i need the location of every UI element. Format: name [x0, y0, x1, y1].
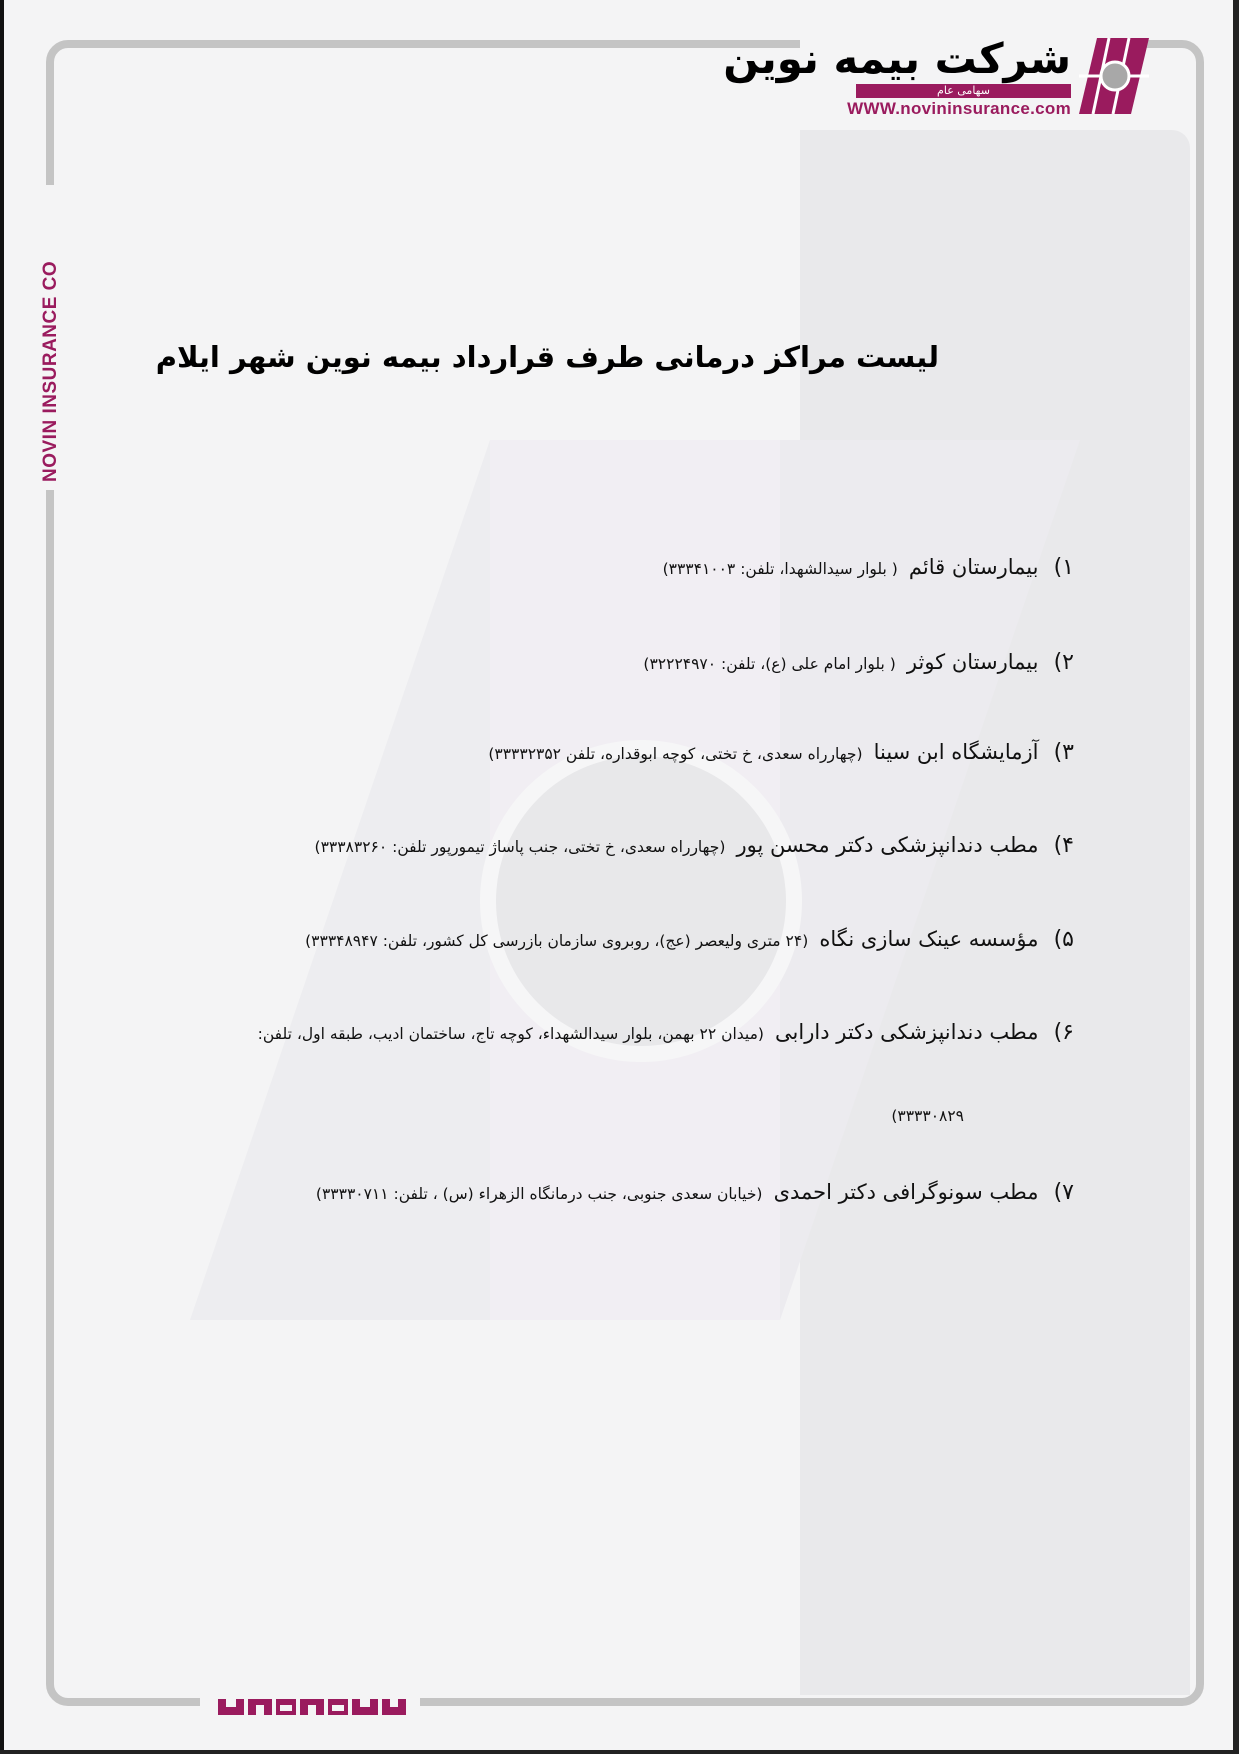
item-number: ۱): [1054, 555, 1074, 580]
scan-edge: [0, 0, 4, 1754]
center-details: ( بلوار امام علی (ع)، تلفن: ۳۲۲۲۴۹۷۰): [643, 655, 895, 673]
center-name: مطب دندانپزشکی دکتر محسن پور: [737, 833, 1039, 857]
center-details: (خیابان سعدی جنوبی، جنب درمانگاه الزهراء…: [316, 1185, 763, 1203]
center-details: (۲۴ متری ولیعصر (عج)، روبروی سازمان بازر…: [305, 932, 808, 950]
center-name: مؤسسه عینک سازی نگاه: [819, 927, 1038, 951]
scan-edge: [1233, 0, 1239, 1754]
company-name: شرکت بیمه نوین: [723, 36, 1071, 82]
side-label: NOVIN INSURANCE CO: [40, 253, 62, 490]
center-details: (چهارراه سعدی، خ تختی، جنب پاساژ تیمورپو…: [315, 838, 726, 856]
center-details: (میدان ۲۲ بهمن، بلوار سیدالشهداء، کوچه ت…: [258, 1025, 764, 1043]
page-frame: [46, 40, 1204, 1706]
center-name: مطب دندانپزشکی دکتر دارابی: [775, 1020, 1038, 1044]
company-website: WWW.novininsurance.com: [847, 99, 1071, 119]
document-title: لیست مراکز درمانی طرف قرارداد بیمه نوین …: [156, 340, 939, 374]
scan-edge: [0, 1750, 1239, 1754]
item-number: ۴): [1054, 833, 1074, 858]
item-number: ۳): [1054, 740, 1074, 765]
company-logo: شرکت بیمه نوین سهامی عام WWW.novininsura…: [723, 36, 1151, 119]
center-name: آزمایشگاه ابن سینا: [874, 740, 1039, 764]
center-details: (چهارراه سعدی، خ تختی، کوچه ابوقداره، تل…: [488, 745, 862, 763]
novin-wordmark-icon: [218, 1697, 408, 1715]
center-details: ( بلوار سیدالشهدا، تلفن: ۳۳۳۴۱۰۰۳): [663, 560, 898, 578]
item-number: ۵): [1054, 927, 1074, 952]
item-number: ۷): [1054, 1180, 1074, 1205]
list-item: ۶) مطب دندانپزشکی دکتر دارابی (میدان ۲۲ …: [258, 1020, 1074, 1045]
center-name: مطب سونوگرافی دکتر احمدی: [774, 1180, 1039, 1204]
center-name: بیمارستان کوثر: [907, 650, 1039, 674]
list-item: ۲) بیمارستان کوثر ( بلوار امام علی (ع)، …: [643, 650, 1074, 675]
list-item: ۵) مؤسسه عینک سازی نگاه (۲۴ متری ولیعصر …: [305, 927, 1074, 952]
novin-logo-mark-icon: [1079, 36, 1151, 116]
item-number: ۲): [1054, 650, 1074, 675]
list-item: ۷) مطب سونوگرافی دکتر احمدی (خیابان سعدی…: [316, 1180, 1074, 1205]
logo-text: شرکت بیمه نوین سهامی عام WWW.novininsura…: [723, 36, 1071, 119]
list-item: ۱) بیمارستان قائم ( بلوار سیدالشهدا، تلف…: [663, 555, 1074, 580]
center-name: بیمارستان قائم: [909, 555, 1039, 579]
company-type: سهامی عام: [856, 84, 1071, 98]
list-item: ۳) آزمایشگاه ابن سینا (چهارراه سعدی، خ ت…: [488, 740, 1074, 765]
list-item: ۴) مطب دندانپزشکی دکتر محسن پور (چهارراه…: [315, 833, 1074, 858]
center-details-continued: ۳۳۳۳۰۸۲۹): [891, 1107, 964, 1125]
item-number: ۶): [1054, 1020, 1074, 1045]
